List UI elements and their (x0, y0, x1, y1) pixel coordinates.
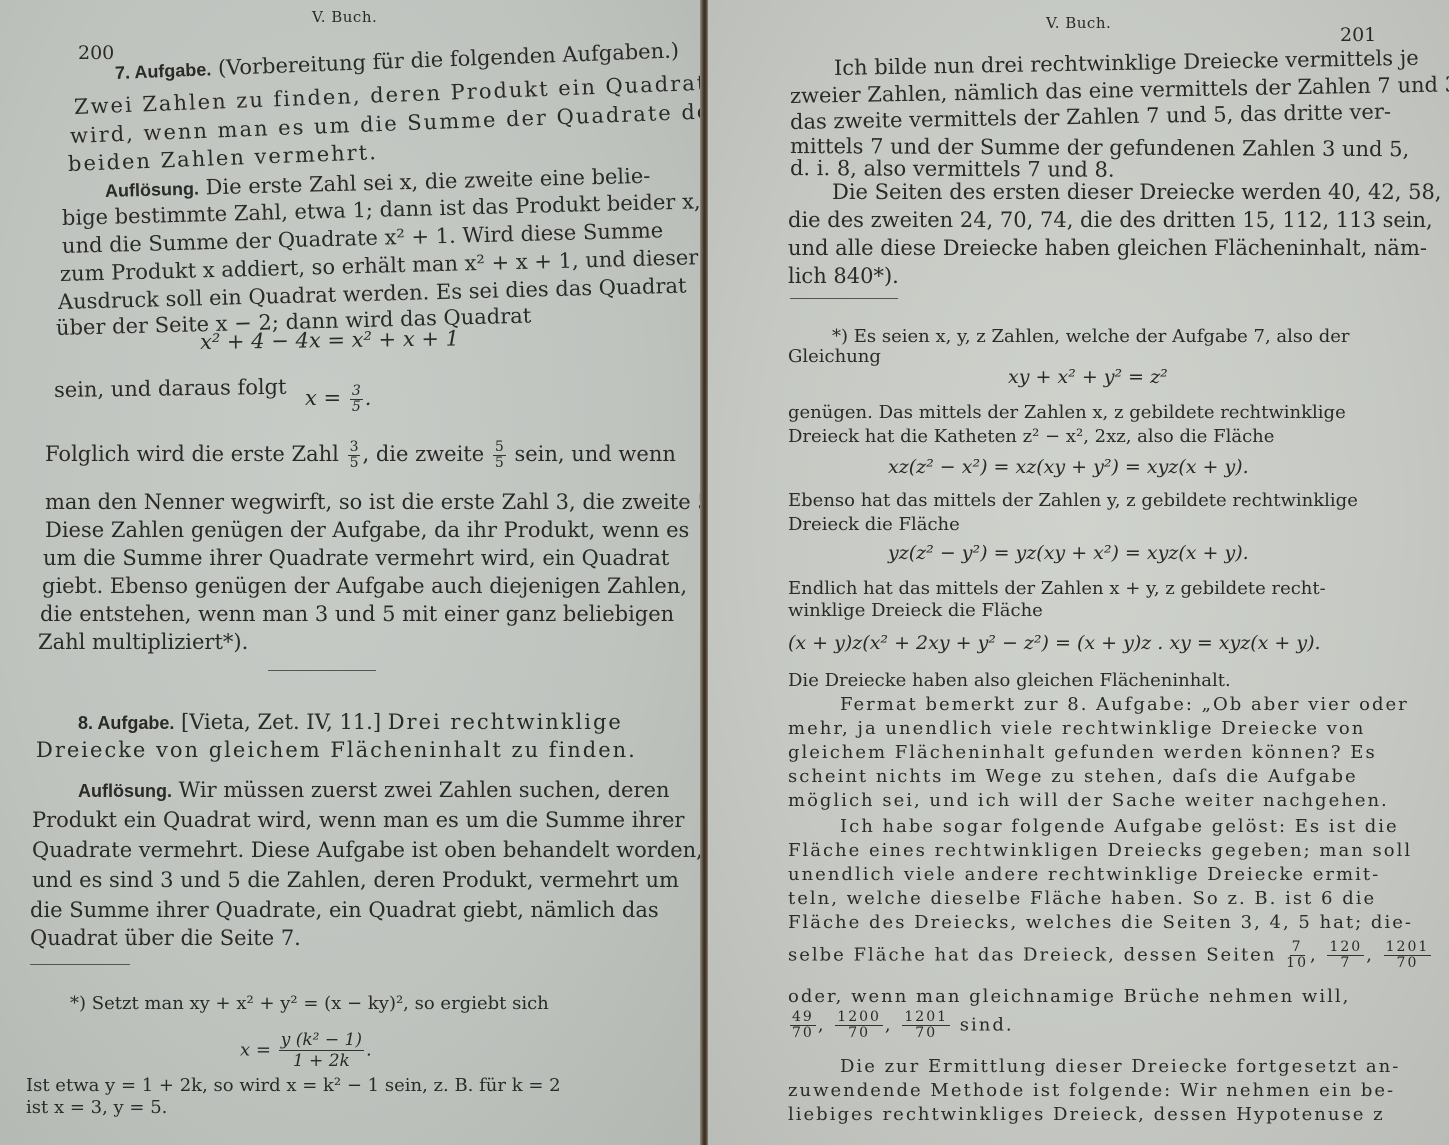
left-page: V. Buch. 200 7. Aufgabe. (Vorbereitung f… (0, 0, 703, 1145)
method-line: Die zur Ermittlung dieser Dreiecke fortg… (840, 1056, 1400, 1078)
quote-line: teln, welche dieselbe Fläche haben. So z… (788, 888, 1376, 910)
fraction: 710 (1286, 940, 1308, 971)
text: Drei rechtwinklige (388, 710, 623, 734)
denominator: 70 (848, 1026, 870, 1041)
paragraph-line: Die Seiten des ersten dieser Dreiecke we… (832, 180, 1441, 204)
fraction: 1207 (1327, 940, 1364, 971)
footnote-line: *) Es seien x, y, z Zahlen, welche der A… (832, 326, 1349, 348)
method-line: zuwendende Methode ist folgende: Wir neh… (788, 1080, 1395, 1102)
solution8-line: die Summe ihrer Quadrate, ein Quadrat gi… (30, 898, 659, 922)
footnote-line: winklige Dreieck die Fläche (788, 600, 1043, 622)
solution8-line: und es sind 3 und 5 die Zahlen, deren Pr… (32, 868, 679, 892)
quote-line: unendlich viele andere rechtwinklige Dre… (788, 864, 1380, 886)
numerator: 1201 (1384, 940, 1432, 956)
denominator: 70 (915, 1026, 937, 1041)
solution8-label: Auflösung. (78, 781, 172, 801)
footnote-equation: x = y (k² − 1) 1 + 2k . (240, 1030, 372, 1071)
solution7-line: giebt. Ebenso genügen der Aufgabe auch d… (42, 574, 687, 598)
footnote-line: genügen. Das mittels der Zahlen x, z geb… (788, 402, 1346, 424)
fermat-line: mehr, ja unendlich viele rechtwinklige D… (788, 718, 1365, 740)
section-divider (268, 670, 376, 671)
quote-line-with-fractions: selbe Fläche hat das Dreieck, dessen Sei… (788, 940, 1433, 971)
text: , die zweite (362, 442, 484, 466)
equation-lhs: x = (240, 1040, 271, 1061)
equation: x = 3 5 . (305, 384, 371, 415)
equation: x² + 4 − 4x = x² + x + 1 (200, 326, 459, 354)
fraction: 120170 (1384, 940, 1432, 971)
solution8-line: Produkt ein Quadrat wird, wenn man es um… (32, 808, 684, 832)
denominator: 70 (792, 1026, 814, 1041)
quote-line: oder, wenn man gleichnamige Brüche nehme… (788, 986, 1350, 1008)
numerator: 7 (1290, 940, 1305, 956)
footnote-line: Dreieck die Fläche (788, 514, 960, 536)
numerator: 120 (1327, 940, 1364, 956)
solution7-line: die entstehen, wenn man 3 und 5 mit eine… (40, 602, 674, 626)
running-head: V. Buch. (1046, 14, 1111, 32)
numerator: 5 (493, 440, 506, 456)
text: Folglich wird die erste Zahl (45, 442, 339, 466)
solution7-line: man den Nenner wegwirft, so ist die erst… (45, 490, 703, 514)
quote-line: Fläche des Dreiecks, welches die Seiten … (788, 912, 1413, 934)
denominator: 5 (352, 400, 361, 415)
text: selbe Fläche hat das Dreieck, dessen Sei… (788, 945, 1276, 966)
text: sein, und wenn (514, 442, 675, 466)
fermat-line: möglich sei, und ich will der Sache weit… (788, 790, 1389, 812)
footnote-line: Gleichung (788, 346, 881, 368)
fermat-line: gleichem Flächeninhalt gefunden werden k… (788, 742, 1377, 764)
footnote-line: Ebenso hat das mittels der Zahlen y, z g… (788, 490, 1358, 512)
footnote-equation: xy + x² + y² = z² (1008, 366, 1168, 388)
footnote-line: Ist etwa y = 1 + 2k, so wird x = k² − 1 … (26, 1075, 561, 1097)
solution8-line: Quadrat über die Seite 7. (30, 926, 301, 950)
solution8-line: Quadrate vermehrt. Diese Aufgabe ist obe… (32, 838, 703, 862)
conclusion-line: Folglich wird die erste Zahl 35, die zwe… (45, 440, 676, 471)
paragraph-line: d. i. 8, also vermittels 7 und 8. (790, 156, 1115, 182)
numerator: 3 (348, 440, 361, 456)
footnote-equation: (x + y)z(x² + 2xy + y² − z²) = (x + y)z … (788, 632, 1321, 654)
page-number: 201 (1340, 24, 1376, 46)
solution8-first-line: Auflösung. Wir müssen zuerst zwei Zahlen… (78, 778, 669, 803)
footnote-equation: xz(z² − x²) = xz(xy + y²) = xyz(x + y). (888, 456, 1249, 478)
task8-label: 8. Aufgabe. (78, 713, 174, 733)
fraction: 120170 (902, 1010, 950, 1041)
task8-heading: 8. Aufgabe. [Vieta, Zet. IV, 11.] Drei r… (78, 710, 623, 735)
text: Wir müssen zuerst zwei Zahlen suchen, de… (179, 778, 670, 802)
quote-line-with-fractions: 4970, 120070, 120170 sind. (788, 1010, 1014, 1041)
numerator: 3 (350, 384, 363, 400)
quote-line: Ich habe sogar folgende Aufgabe gelöst: … (840, 816, 1399, 838)
numerator: 1201 (902, 1010, 950, 1026)
paragraph-line: die des zweiten 24, 70, 74, die des drit… (788, 208, 1433, 232)
fermat-line: Fermat bemerkt zur 8. Aufgabe: „Ob aber … (840, 694, 1409, 716)
fraction: 35 (348, 440, 361, 471)
solution7-line: um die Summe ihrer Quadrate vermehrt wir… (43, 546, 669, 570)
solution7-line: sein, und daraus folgt (54, 375, 287, 402)
paragraph-line: und alle diese Dreiecke haben gleichen F… (788, 236, 1427, 260)
running-head: V. Buch. (312, 8, 377, 26)
fraction: 3 5 (350, 384, 363, 415)
numerator: 1200 (835, 1010, 883, 1026)
numerator: 49 (790, 1010, 816, 1026)
equation-lhs: x = (305, 386, 341, 410)
page-number: 200 (78, 42, 114, 64)
fraction: 55 (493, 440, 506, 471)
solution7-line: Diese Zahlen genügen der Aufgabe, da ihr… (45, 518, 689, 542)
method-line: liebiges rechtwinkliges Dreieck, dessen … (788, 1104, 1385, 1126)
footnote-equation: yz(z² − y²) = yz(xy + x²) = xyz(x + y). (888, 542, 1249, 564)
task7-label: 7. Aufgabe. (115, 59, 212, 83)
footnote-line: Die Dreiecke haben also gleichen Flächen… (788, 670, 1231, 692)
fraction: 120070 (835, 1010, 883, 1041)
fraction: 4970 (790, 1010, 816, 1041)
right-page: V. Buch. 201 Ich bilde nun drei rechtwin… (708, 0, 1449, 1145)
numerator: y (k² − 1) (279, 1030, 364, 1051)
footnote-divider (790, 298, 898, 299)
denominator: 5 (495, 456, 504, 471)
footnote-divider (30, 964, 130, 965)
footnote-line: ist x = 3, y = 5. (26, 1097, 167, 1119)
denominator: 5 (350, 456, 359, 471)
quote-line: Fläche eines rechtwinkligen Dreiecks geg… (788, 840, 1412, 862)
denominator: 1 + 2k (293, 1051, 350, 1071)
footnote-line: Dreieck hat die Katheten z² − x², 2xz, a… (788, 426, 1274, 448)
paragraph-line: lich 840*). (788, 264, 899, 288)
fermat-line: scheint nichts im Wege zu stehen, daſs d… (788, 766, 1358, 788)
denominator: 10 (1286, 956, 1308, 971)
solution7-line: Zahl multipliziert*). (38, 630, 248, 654)
solution7-label: Auflösung. (105, 179, 199, 201)
footnote-line: Endlich hat das mittels der Zahlen x + y… (788, 578, 1326, 600)
footnote-line: *) Setzt man xy + x² + y² = (x − ky)², s… (70, 993, 549, 1015)
citation: [Vieta, Zet. IV, 11.] (181, 710, 381, 734)
task8-line: Dreiecke von gleichem Flächeninhalt zu f… (36, 738, 637, 762)
denominator: 70 (1397, 956, 1419, 971)
text: sind. (960, 1015, 1014, 1036)
fraction: y (k² − 1) 1 + 2k (279, 1030, 364, 1071)
denominator: 7 (1340, 956, 1351, 971)
